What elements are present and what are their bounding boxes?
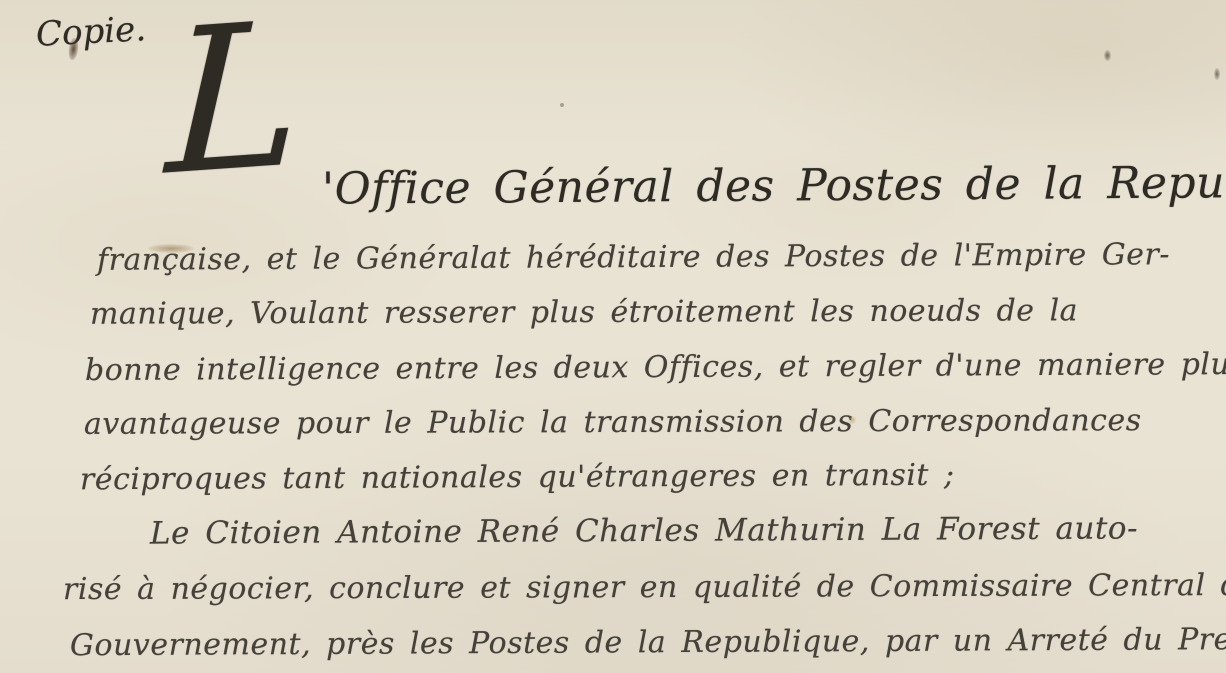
copy-annotation: Copie. bbox=[35, 9, 147, 55]
manuscript-line: Le Citoien Antoine René Charles Mathurin… bbox=[150, 510, 1138, 551]
title-line: 'Office Général des Postes de la Republi… bbox=[322, 156, 1226, 214]
drop-cap-initial: L bbox=[164, 4, 304, 197]
manuscript-line: manique, Voulant resserer plus étroiteme… bbox=[90, 293, 1078, 331]
ink-speck bbox=[560, 103, 564, 107]
manuscript-line: risé à négocier, conclure et signer en q… bbox=[63, 568, 1226, 607]
manuscript-line: avantageuse pour le Public la transmissi… bbox=[84, 403, 1142, 442]
manuscript-page: Copie. L 'Office Général des Postes de l… bbox=[0, 0, 1226, 673]
ink-speck bbox=[1214, 68, 1220, 80]
manuscript-line: française, et le Généralat héréditaire d… bbox=[97, 237, 1170, 278]
manuscript-line: réciproques tant nationales qu'étrangere… bbox=[80, 458, 955, 498]
manuscript-line: bonne intelligence entre les deux Office… bbox=[85, 347, 1226, 388]
ink-speck bbox=[1104, 50, 1111, 61]
manuscript-line: Gouvernement, près les Postes de la Repu… bbox=[70, 622, 1226, 663]
